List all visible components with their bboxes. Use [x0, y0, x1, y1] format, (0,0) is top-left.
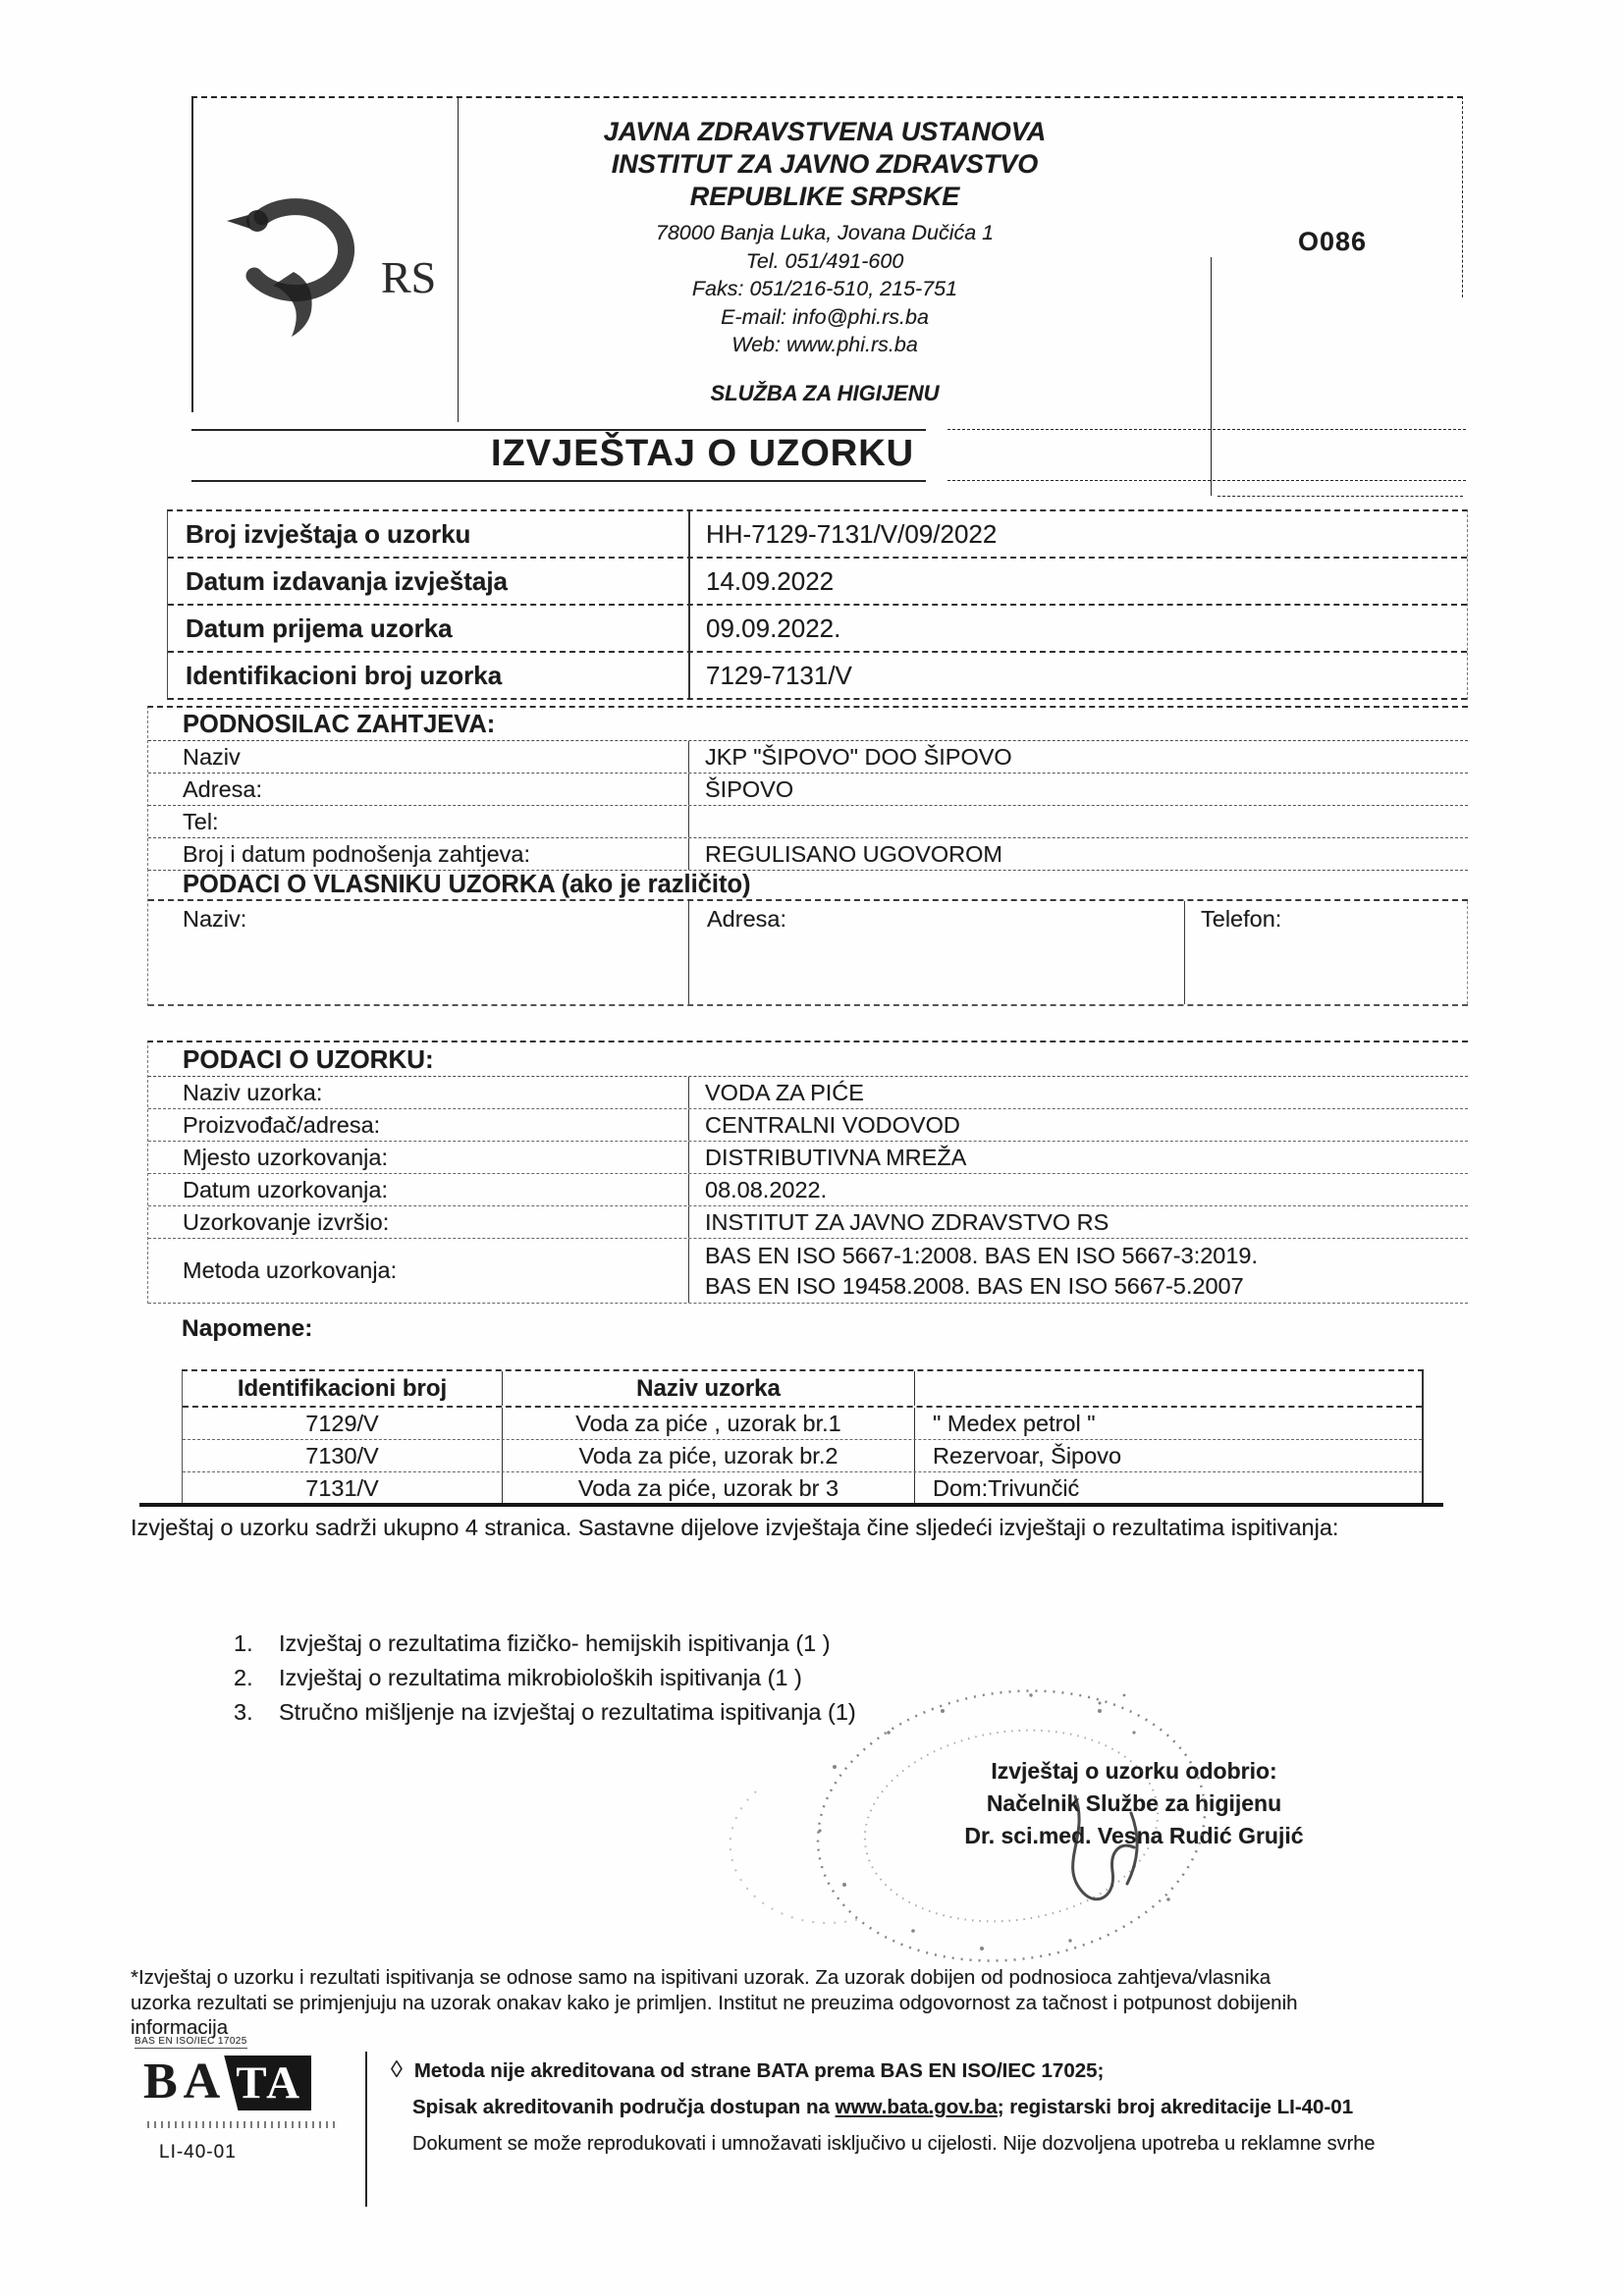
list-item-number: 2. [234, 1666, 279, 1689]
sample-id: 7131/V [183, 1472, 502, 1505]
sample-location: Dom:Trivunčić [914, 1472, 1422, 1505]
table-row: Identifikacioni broj uzorka 7129-7131/V [168, 653, 1467, 700]
table-row: Adresa: ŠIPOVO [148, 774, 1468, 806]
table-row: Uzorkovanje izvršio: INSTITUT ZA JAVNO Z… [148, 1206, 1468, 1239]
owner-phone-label: Telefon: [1184, 901, 1468, 1004]
row-value: CENTRALNI VODOVOD [688, 1109, 1468, 1141]
bata-logo-letters-ba: BA [143, 2056, 226, 2109]
accreditation-standard-label: BAS EN ISO/IEC 17025 [135, 2036, 247, 2049]
bata-website-link: www.bata.gov.ba [836, 2096, 998, 2118]
list-item: 1. Izvještaj o rezultatima fizičko- hemi… [234, 1631, 856, 1655]
row-label: Broj izvještaja o uzorku [168, 511, 688, 557]
table-bottom-bar [139, 1503, 1443, 1507]
table-row: Naziv JKP "ŠIPOVO" DOO ŠIPOVO [148, 741, 1468, 774]
owner-name-label: Naziv: [148, 901, 688, 1004]
list-item-text: Izvještaj o rezultatima fizičko- hemijsk… [279, 1631, 831, 1655]
logo-rs-letters: RS [381, 251, 436, 303]
title-top-rule-right [947, 429, 1466, 430]
table-row: Datum izdavanja izvještaja 14.09.2022 [168, 559, 1467, 606]
list-item-number: 3. [234, 1700, 279, 1724]
table-row: Metoda uzorkovanja: BAS EN ISO 5667-1:20… [148, 1239, 1468, 1304]
column-header: Naziv uzorka [502, 1371, 914, 1406]
row-value: HH-7129-7131/V/09/2022 [688, 511, 1467, 557]
title-bottom-rule-right [947, 480, 1466, 481]
header-right-rule [1211, 257, 1212, 496]
row-value [688, 806, 1468, 837]
header-left-rule [191, 96, 193, 412]
row-label: Broj i datum podnošenja zahtjeva: [148, 838, 688, 870]
org-phone: Tel. 051/491-600 [447, 247, 1203, 276]
row-label: Datum prijema uzorka [168, 606, 688, 651]
sample-name: Voda za piće , uzorak br.1 [502, 1408, 914, 1439]
disclaimer-line2: uzorka rezultati se primjenjuju na uzora… [131, 1991, 1298, 2016]
title-bottom-rule [191, 480, 926, 482]
owner-section: PODACI O VLASNIKU UZORKA (ako je različi… [147, 869, 1468, 1006]
notes-label: Napomene: [182, 1315, 312, 1343]
header-top-rule [191, 96, 1463, 98]
signature [1073, 1796, 1137, 1899]
row-label: Identifikacioni broj uzorka [168, 653, 688, 698]
samples-table: Identifikacioni broj Naziv uzorka 7129/V… [182, 1369, 1424, 1505]
org-email: E-mail: info@phi.rs.ba [447, 303, 1203, 332]
accreditation-note2: Spisak akreditovanih područja dostupan n… [412, 2096, 1353, 2119]
row-label: Datum izdavanja izvještaja [168, 559, 688, 604]
sample-id: 7129/V [183, 1408, 502, 1439]
diamond-icon: ◊ [391, 2057, 403, 2083]
org-name-line2: INSTITUT ZA JAVNO ZDRAVSTVO [447, 148, 1203, 181]
section-title: PODACI O UZORKU: [148, 1042, 1468, 1077]
right-box-rule [1217, 496, 1463, 497]
section-title: PODNOSILAC ZAHTJEVA: [148, 708, 1468, 741]
sample-name: Voda za piće, uzorak br 3 [502, 1472, 914, 1505]
document-title: IZVJEŠTAJ O UZORKU [491, 433, 914, 475]
table-row: Naziv uzorka: VODA ZA PIĆE [148, 1077, 1468, 1109]
org-department: SLUŽBA ZA HIGIJENU [447, 381, 1203, 406]
row-value: 7129-7131/V [688, 653, 1467, 698]
title-top-rule [191, 429, 926, 431]
accreditation-divider-rule [365, 2052, 367, 2207]
table-row: 7130/V Voda za piće, uzorak br.2 Rezervo… [183, 1440, 1422, 1472]
table-row: Broj i datum podnošenja zahtjeva: REGULI… [148, 838, 1468, 871]
sample-location: Rezervoar, Šipovo [914, 1440, 1422, 1471]
column-header [914, 1371, 1422, 1406]
row-value: VODA ZA PIĆE [688, 1077, 1468, 1108]
method-line1: BAS EN ISO 5667-1:2008. BAS EN ISO 5667-… [705, 1241, 1468, 1271]
disclaimer-line1: *Izvještaj o uzorku i rezultati ispitiva… [131, 1965, 1298, 1991]
stamp-speckles [818, 1693, 1169, 1950]
form-code: O086 [1298, 227, 1367, 257]
disclaimer-line3: informacija [131, 2015, 1298, 2041]
institute-logo-bird-icon [211, 182, 383, 348]
row-label: Adresa: [148, 774, 688, 805]
accreditation-note2-pre: Spisak akreditovanih područja dostupan n… [412, 2096, 836, 2118]
accreditation-note1: ◊ Metoda nije akreditovana od strane BAT… [391, 2057, 1104, 2084]
org-name-line3: REPUBLIKE SRPSKE [447, 181, 1203, 213]
round-stamp [687, 1674, 1257, 1973]
row-label: Tel: [148, 806, 688, 837]
row-value: 14.09.2022 [688, 559, 1467, 604]
applicant-section: PODNOSILAC ZAHTJEVA: Naziv JKP "ŠIPOVO" … [147, 706, 1468, 871]
row-value: REGULISANO UGOVOROM [688, 838, 1468, 870]
accreditation-note3: Dokument se može reprodukovati i umnožav… [412, 2133, 1375, 2156]
row-label: Metoda uzorkovanja: [148, 1239, 688, 1303]
table-row: Datum prijema uzorka 09.09.2022. [168, 606, 1467, 653]
table-row: Broj izvještaja o uzorku HH-7129-7131/V/… [168, 511, 1467, 559]
section-title: PODACI O VLASNIKU UZORKA (ako je različi… [148, 869, 1468, 901]
summary-paragraph: Izvještaj o uzorku sadrži ukupno 4 stran… [131, 1513, 1471, 1543]
table-row: 7131/V Voda za piće, uzorak br 3 Dom:Tri… [183, 1472, 1422, 1505]
sample-name: Voda za piće, uzorak br.2 [502, 1440, 914, 1471]
report-info-table: Broj izvještaja o uzorku HH-7129-7131/V/… [167, 509, 1468, 700]
org-fax: Faks: 051/216-510, 215-751 [447, 275, 1203, 303]
org-web: Web: www.phi.rs.ba [447, 331, 1203, 359]
accreditation-note2-post: ; registarski broj akreditacije LI-40-01 [998, 2096, 1353, 2118]
row-value: BAS EN ISO 5667-1:2008. BAS EN ISO 5667-… [688, 1239, 1468, 1303]
disclaimer: *Izvještaj o uzorku i rezultati ispitiva… [131, 1965, 1298, 2041]
row-label: Naziv [148, 741, 688, 773]
row-value: 09.09.2022. [688, 606, 1467, 651]
row-label: Naziv uzorka: [148, 1077, 688, 1108]
org-address: 78000 Banja Luka, Jovana Dučića 1 [447, 219, 1203, 247]
accreditation-marks [147, 2121, 339, 2128]
sample-section: PODACI O UZORKU: Naziv uzorka: VODA ZA P… [147, 1041, 1468, 1304]
sample-location: " Medex petrol " [914, 1408, 1422, 1439]
table-row: Mjesto uzorkovanja: DISTRIBUTIVNA MREŽA [148, 1142, 1468, 1174]
row-value: DISTRIBUTIVNA MREŽA [688, 1142, 1468, 1173]
table-row: Proizvođač/adresa: CENTRALNI VODOVOD [148, 1109, 1468, 1142]
accreditation-number: LI-40-01 [159, 2142, 237, 2163]
row-value: ŠIPOVO [688, 774, 1468, 805]
owner-address-label: Adresa: [688, 901, 1184, 1004]
owner-fields: Naziv: Adresa: Telefon: [148, 901, 1468, 1006]
list-item-number: 1. [234, 1631, 279, 1655]
method-line2: BAS EN ISO 19458.2008. BAS EN ISO 5667-5… [705, 1271, 1468, 1302]
sample-id: 7130/V [183, 1440, 502, 1471]
row-value: INSTITUT ZA JAVNO ZDRAVSTVO RS [688, 1206, 1468, 1238]
scanned-report-page: RS JAVNA ZDRAVSTVENA USTANOVA INSTITUT Z… [0, 0, 1623, 2296]
bata-logo-letters-ta: TA [224, 2056, 311, 2110]
table-row: Datum uzorkovanja: 08.08.2022. [148, 1174, 1468, 1206]
bata-logo: BA TA [143, 2056, 311, 2110]
org-name-line1: JAVNA ZDRAVSTVENA USTANOVA [447, 116, 1203, 148]
table-header-row: Identifikacioni broj Naziv uzorka [183, 1371, 1422, 1408]
accreditation-note1-text: Metoda nije akreditovana od strane BATA … [414, 2057, 1105, 2084]
page-right-rule [1462, 96, 1463, 297]
table-row: 7129/V Voda za piće , uzorak br.1 " Mede… [183, 1408, 1422, 1440]
row-label: Mjesto uzorkovanja: [148, 1142, 688, 1173]
row-label: Proizvođač/adresa: [148, 1109, 688, 1141]
letterhead: JAVNA ZDRAVSTVENA USTANOVA INSTITUT ZA J… [447, 116, 1203, 406]
row-value: JKP "ŠIPOVO" DOO ŠIPOVO [688, 741, 1468, 773]
table-row: Tel: [148, 806, 1468, 838]
row-label: Datum uzorkovanja: [148, 1174, 688, 1205]
row-value: 08.08.2022. [688, 1174, 1468, 1205]
row-label: Uzorkovanje izvršio: [148, 1206, 688, 1238]
column-header: Identifikacioni broj [183, 1371, 502, 1406]
